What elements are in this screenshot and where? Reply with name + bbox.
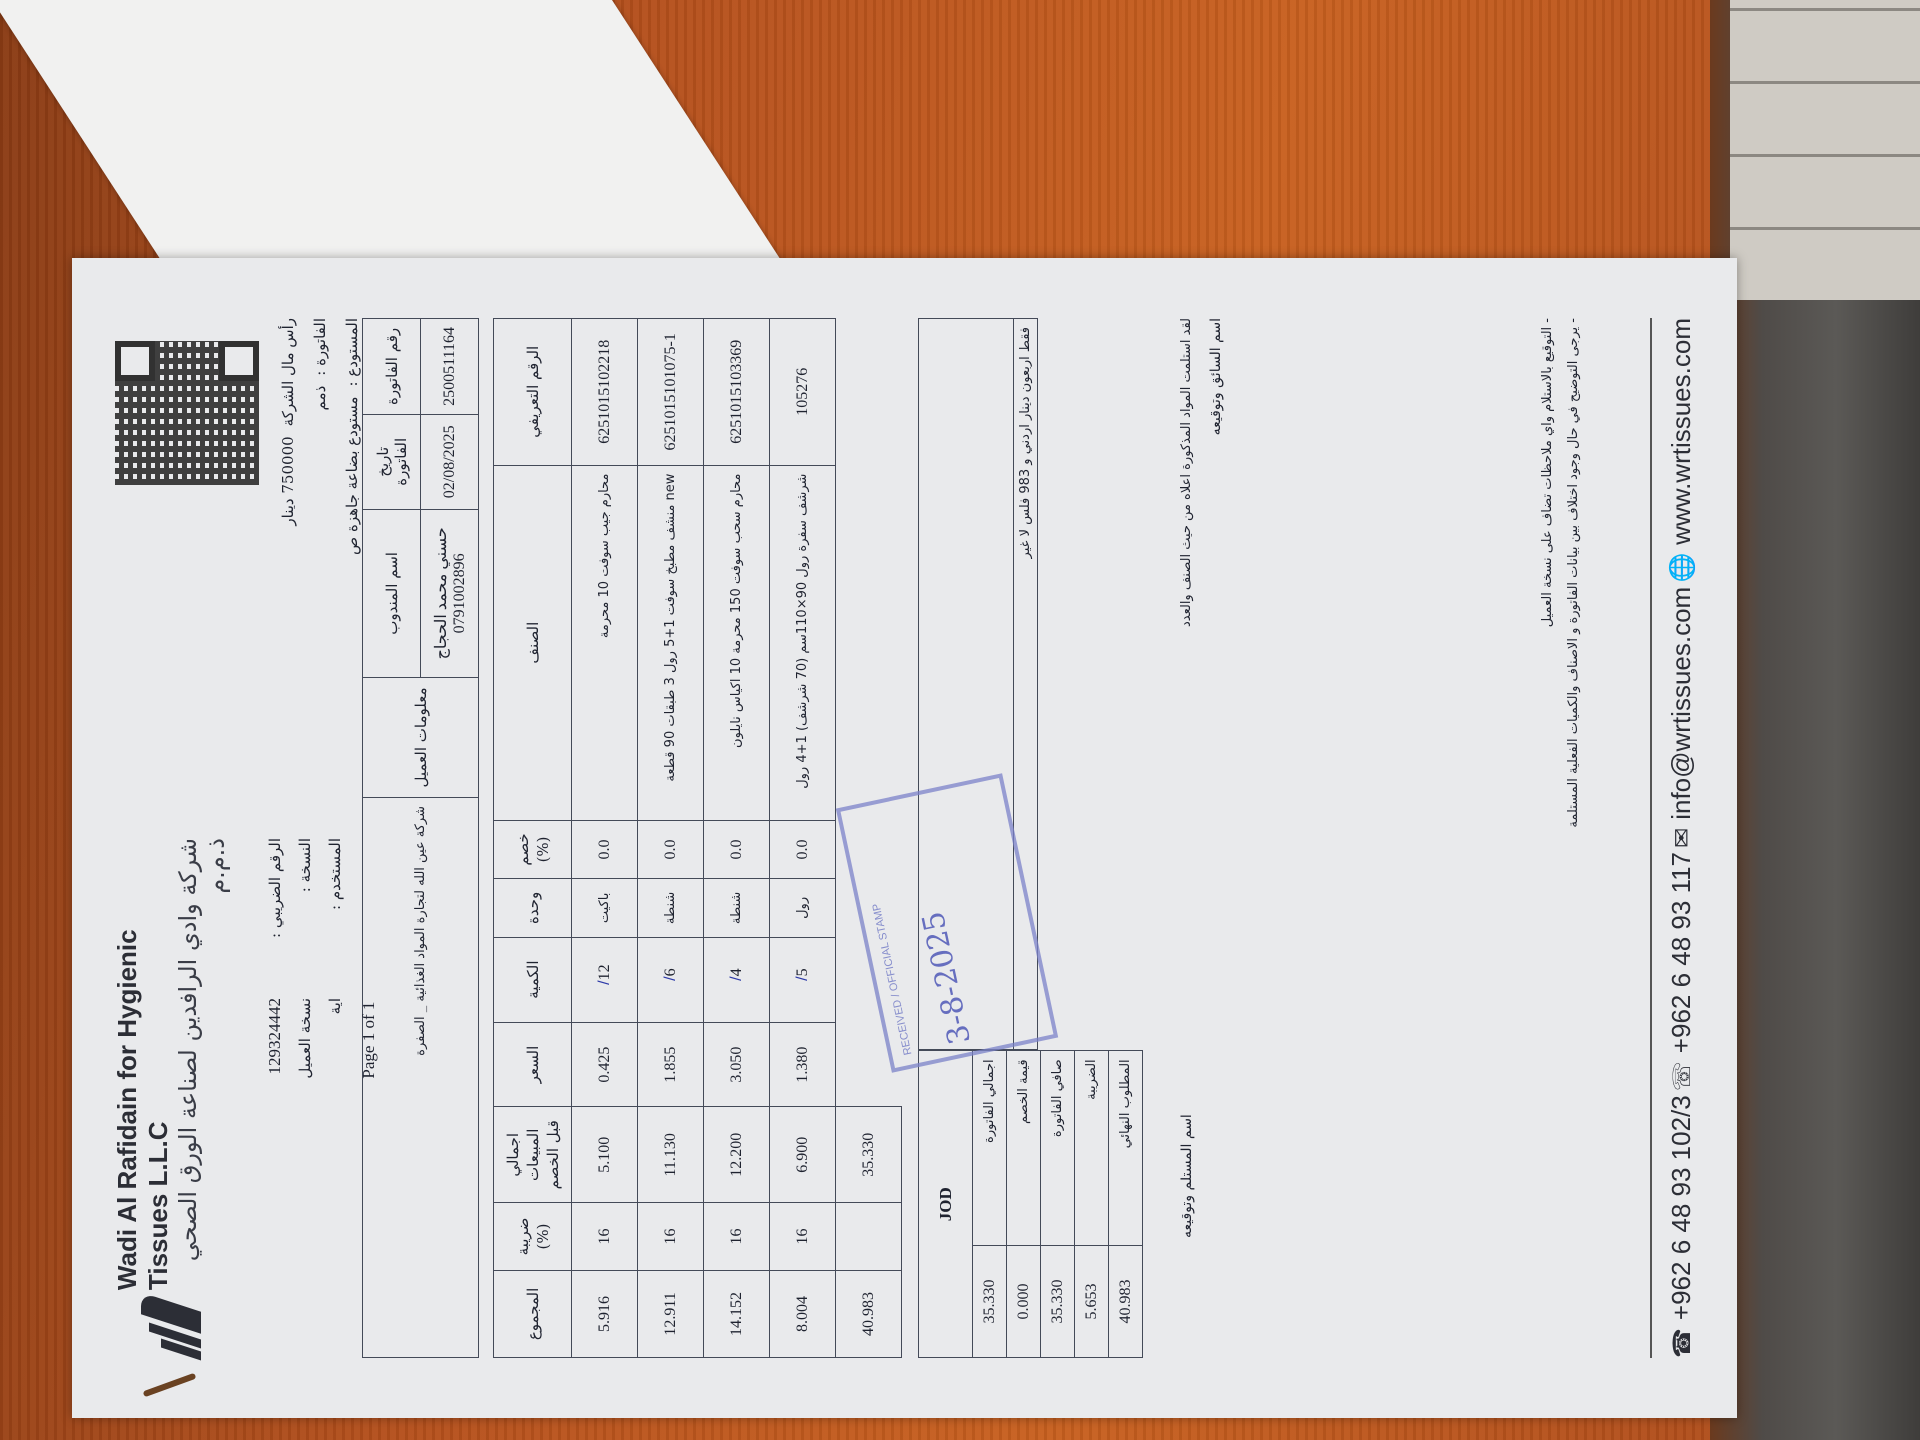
sum-gross: 35.330 [836,1107,902,1203]
item-price: 3.050 [704,1022,770,1107]
copy-label: النسخة : [290,838,320,938]
item-discount: 0.0 [572,820,638,878]
capital-label: رأس مال الشركة [272,318,304,426]
item-total: 8.004 [770,1270,836,1357]
customer-header: معلومات العميل [363,678,479,798]
checkmark-icon: / [596,980,613,984]
company-details: رأس مال الشركة750000 دينار الفاتورة :ذمم… [112,318,368,738]
qr-code-icon [112,338,262,488]
company-branding: Wadi Al Rafidain for Hygienic Tissues L.… [112,838,384,1358]
invoice-date-header: تاريخ الفاتورة [363,414,421,509]
item-code: 6251015102218 [572,319,638,466]
totals-table: JOD 35.330اجمالي الفاتورة0.000قيمة الخصم… [918,1050,1143,1358]
item-code: 6251015103369 [704,319,770,466]
tax-number-value: 129324442 [260,998,290,1079]
company-logo-icon [141,1304,201,1358]
checkmark-icon: / [728,976,745,980]
item-qty-value: 6 [662,968,679,976]
line-items-header-row: الرقم التعريفي الصنف خصم (%) وحدة الكمية… [494,319,572,1358]
website[interactable]: www.wrtissues.com [1666,318,1696,545]
totals-label: قيمة الخصم [1007,1051,1041,1246]
invoice-header: رأس مال الشركة750000 دينار الفاتورة :ذمم… [112,318,352,1358]
totals-value: 5.653 [1075,1246,1109,1358]
currency-label: JOD [919,1051,973,1358]
totals-value: 40.983 [1109,1246,1143,1358]
totals-row: 35.330اجمالي الفاتورة [973,1051,1007,1358]
item-tax: 16 [770,1203,836,1271]
item-tax: 16 [704,1203,770,1271]
floor-tiles [1730,0,1920,300]
item-price: 1.855 [638,1022,704,1107]
totals-value: 35.330 [973,1246,1007,1358]
totals-label: المطلوب النهائي [1109,1051,1143,1246]
note-1: - التوقيع بالاستلام واي ملاحظات تضاف على… [1535,318,1561,828]
table-row: 6251015102218محارم جيب سوفت 10 محرمة0.0ب… [572,319,638,1358]
warehouse-label: المستودع : [336,318,368,387]
item-tax: 16 [572,1203,638,1271]
item-discount: 0.0 [638,820,704,878]
col-total: المجموع [494,1270,572,1357]
item-qty: 5/ [770,937,836,1022]
totals-label: اجمالي الفاتورة [973,1051,1007,1246]
signature-row: لقد استلمت المواد المذكورة اعلاه من حيث … [1179,318,1224,1358]
user-label: المستخدم : [320,838,350,938]
item-gross: 6.900 [770,1107,836,1203]
totals-label: الضريبة [1075,1051,1109,1246]
item-description: محارم سحب سوفت 150 محرمة 10 اكياس نايلون [704,465,770,820]
notes: - التوقيع بالاستلام واي ملاحظات تضاف على… [1535,318,1587,828]
note-2: - يرجى التوضيح في حال وجود اختلاف بين بي… [1561,318,1587,828]
totals-label: صافي الفاتورة [1041,1051,1075,1246]
col-unit: وحدة [494,879,572,937]
item-code: 6251015101075-1 [638,319,704,466]
copy-value: نسخة العميل [290,998,320,1079]
item-price: 1.380 [770,1022,836,1107]
item-description: محارم جيب سوفت 10 محرمة [572,465,638,820]
item-code: 105276 [770,319,836,466]
totals-row: 40.983المطلوب النهائي [1109,1051,1143,1358]
col-item: الصنف [494,465,572,820]
item-description: new منشف مطبخ سوفت 1+5 رول 3 طبقات 90 قط… [638,465,704,820]
invoice-no-value: 2500511164 [421,319,479,415]
checkmark-icon: / [662,976,679,980]
totals-row: 5.653الضريبة [1075,1051,1109,1358]
item-qty: 4/ [704,937,770,1022]
item-gross: 11.130 [638,1107,704,1203]
table-row: 105276شرشف سفرة رول 90×110سم (70 شرشف) 1… [770,319,836,1358]
col-discount: خصم (%) [494,820,572,878]
item-unit: شنطة [638,879,704,937]
col-qty: الكمية [494,937,572,1022]
globe-icon: 🌐 [1669,553,1696,583]
item-discount: 0.0 [770,820,836,878]
checkmark-icon: / [794,976,811,980]
item-unit: شنطة [704,879,770,937]
item-gross: 5.100 [572,1107,638,1203]
item-total: 5.916 [572,1270,638,1357]
item-total: 12.911 [638,1270,704,1357]
col-gross: اجمالي المبيعات قبل الخصم [494,1107,572,1203]
received-statement: لقد استلمت المواد المذكورة اعلاه من حيث … [1179,318,1194,627]
totals-value: 0.000 [1007,1246,1041,1358]
item-qty: 6/ [638,937,704,1022]
item-price: 0.425 [572,1022,638,1107]
totals-row: 35.330صافي الفاتورة [1041,1051,1075,1358]
item-unit: رول [770,879,836,937]
item-qty: 12/ [572,937,638,1022]
fax-icon: ☎ [1669,1328,1696,1358]
page-indicator: Page 1 of 1 [354,998,384,1079]
stamp-handwritten-date: 3-8-2025 [893,803,978,1047]
rep-value: حسني محمد الحجاج 0791002896 [421,509,479,677]
user-value: اية [320,998,350,1079]
col-price: السعر [494,1022,572,1107]
email-icon: ✉ [1669,828,1696,848]
phone-icon: ☏ [1669,1061,1696,1091]
col-code: الرقم التعريفي [494,319,572,466]
item-qty-value: 5 [794,968,811,976]
item-qty-value: 12 [596,964,613,980]
fax-number: +962 6 48 93 102/3 [1666,1095,1696,1320]
rep-header: اسم المندوب [363,509,421,677]
table-row: 6251015101075-1new منشف مطبخ سوفت 1+5 رو… [638,319,704,1358]
invoice-date-value: 02/08/2025 [421,414,479,509]
item-qty-value: 4 [728,968,745,976]
contact-footer: ☎+962 6 48 93 102/3 ☏+962 6 48 93 117 ✉i… [1650,318,1697,1358]
item-unit: باكيت [572,879,638,937]
invoice-sheet: رأس مال الشركة750000 دينار الفاتورة :ذمم… [72,258,1737,1418]
item-discount: 0.0 [704,820,770,878]
invoice-meta: الرقم الضريبي : النسخة : المستخدم : 1293… [260,838,384,1358]
receiver-signature-label: اسم المستلم وتوقيعه [1179,1114,1224,1238]
tax-number-label: الرقم الضريبي : [260,838,290,938]
col-tax: ضريبة (%) [494,1203,572,1271]
driver-signature-label: اسم السائق وتوقيعه [1208,318,1224,627]
sum-total: 40.983 [836,1270,902,1357]
invoice-kind-value: ذمم [304,386,336,411]
item-description: شرشف سفرة رول 90×110سم (70 شرشف) 1+4 رول [770,465,836,820]
item-gross: 12.200 [704,1107,770,1203]
item-tax: 16 [638,1203,704,1271]
company-name-ar: شركة وادي الرافدين لصناعة الورق الصحي ذ.… [174,838,230,1290]
warehouse-value: مستودع بضاعة جاهزة ص [336,397,368,555]
totals-value: 35.330 [1041,1246,1075,1358]
capital-value: 750000 دينار [272,436,304,525]
company-name-en: Wadi Al Rafidain for Hygienic Tissues L.… [112,838,174,1290]
invoice-no-header: رقم الفاتورة [363,319,421,415]
item-total: 14.152 [704,1270,770,1357]
pen-mark [143,1373,197,1397]
table-row: 6251015103369محارم سحب سوفت 150 محرمة 10… [704,319,770,1358]
line-items-table: الرقم التعريفي الصنف خصم (%) وحدة الكمية… [493,318,902,1358]
phone-number: +962 6 48 93 117 [1666,852,1696,1053]
invoice-kind-label: الفاتورة : [304,318,336,376]
totals-row: 0.000قيمة الخصم [1007,1051,1041,1358]
email-address[interactable]: info@wrtissues.com [1666,587,1696,820]
